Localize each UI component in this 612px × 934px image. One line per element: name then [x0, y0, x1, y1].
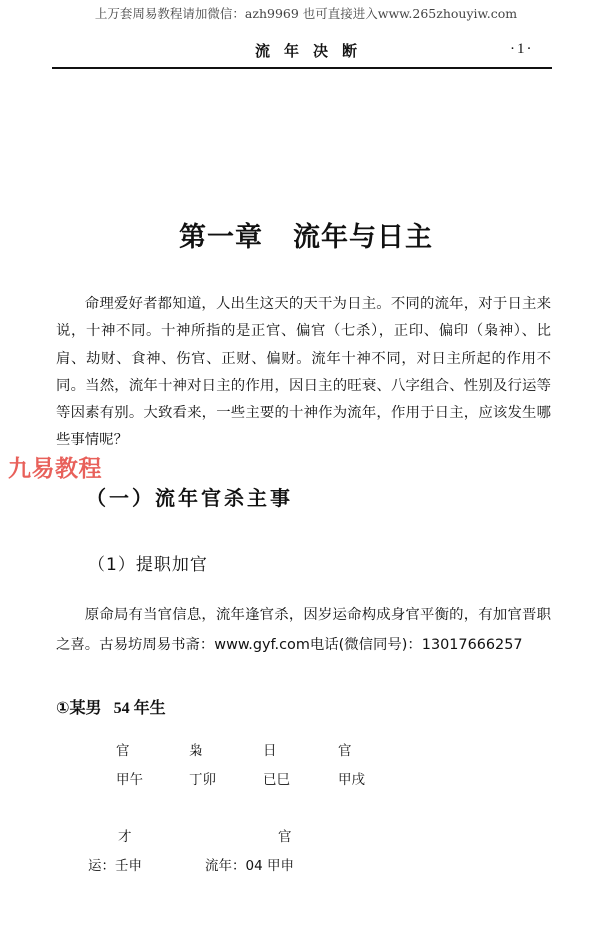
top-banner-ad: 上万套周易教程请加微信：azh9969 也可直接进入www.265zhouyiw…: [0, 4, 612, 22]
pillar-hour: 甲戌: [338, 768, 365, 788]
intro-paragraph: 命理爱好者都知道，人出生这天的天干为日主。不同的流年，对于日主来说，十神不同。十…: [56, 291, 551, 455]
header-rule: [52, 67, 552, 69]
chapter-title: 第一章流年与日主: [0, 215, 612, 254]
luck-pillar: 运：壬申: [88, 854, 142, 874]
flow-year: 流年：04 甲申: [205, 854, 294, 874]
pillar-month: 丁卯: [189, 768, 216, 788]
watermark-logo: 九易教程: [8, 450, 102, 483]
ten-god-year: 官: [116, 739, 130, 759]
luck-ten-god: 才: [118, 825, 132, 845]
promotion-paragraph: 原命局有当官信息，流年逢官杀，因岁运命构成身官平衡的，有加官晋职之喜。古易坊周易…: [56, 600, 551, 660]
case-label: ①某男: [56, 698, 102, 717]
case-title: ①某男54 年生: [56, 695, 166, 718]
pillar-day: 已巳: [263, 768, 290, 788]
ten-god-day: 日: [263, 739, 277, 759]
chapter-number: 第一章: [179, 222, 263, 253]
subsection-heading: （1）提职加官: [88, 550, 208, 575]
page-number: ·1·: [510, 41, 534, 58]
flow-year-ten-god: 官: [278, 825, 292, 845]
ten-god-hour: 官: [338, 739, 352, 759]
chapter-name: 流年与日主: [293, 222, 433, 253]
pillar-year: 甲午: [116, 768, 143, 788]
case-birth-year: 54 年生: [114, 700, 166, 717]
ten-god-month: 枭: [189, 739, 203, 759]
section-heading: （一）流年官杀主事: [86, 482, 293, 511]
